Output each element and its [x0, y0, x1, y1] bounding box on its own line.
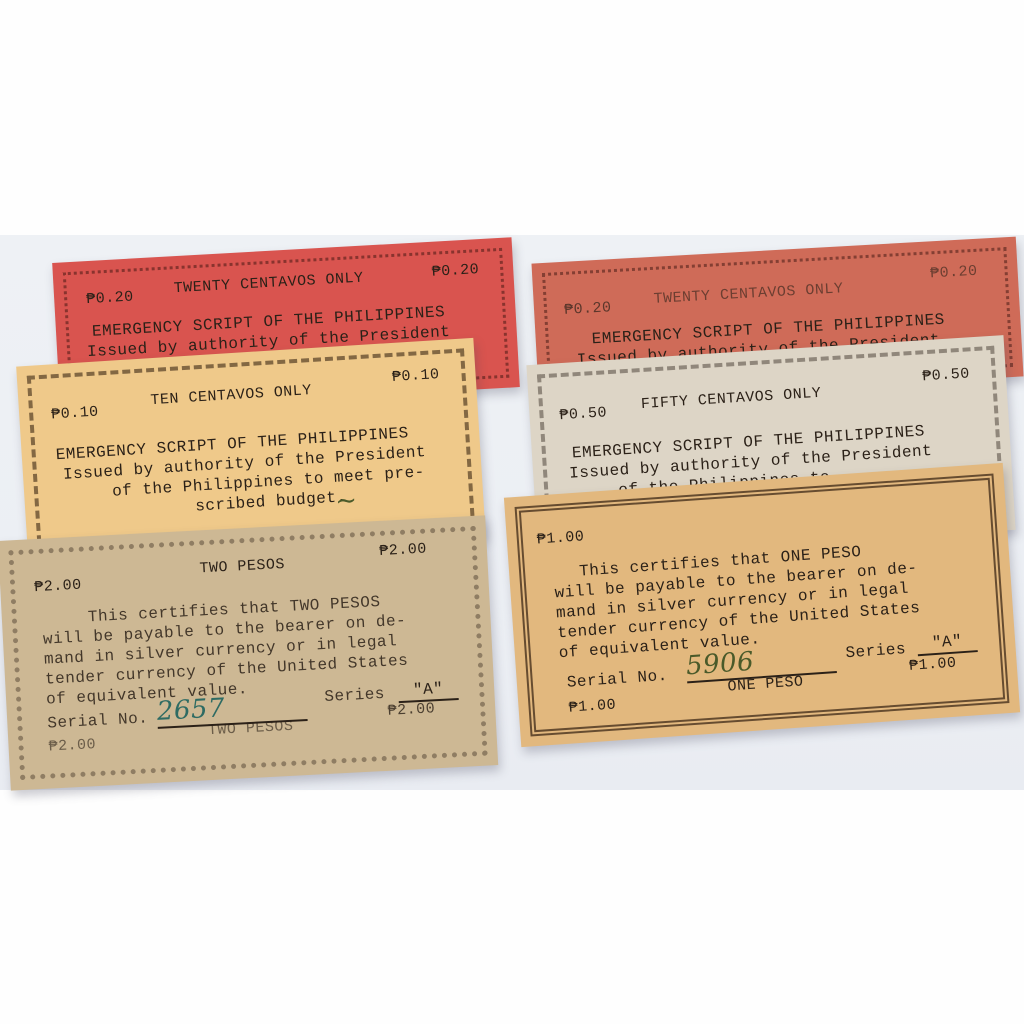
denom-top-right: ₱2.00 [379, 541, 427, 560]
series-value: "A" [398, 679, 459, 703]
denom-top-left: ₱0.20 [86, 288, 134, 308]
denom-top-left: ₱0.20 [564, 299, 612, 319]
denom-top-right: ₱0.10 [392, 366, 440, 386]
denom-bottom-left: ₱2.00 [48, 736, 96, 755]
denom-bottom-right: ₱2.00 [387, 700, 435, 719]
denom-top-left: ₱2.00 [34, 577, 82, 596]
denom-top-right: ₱0.50 [922, 365, 970, 385]
denom-top-left: ₱1.00 [536, 528, 585, 548]
denom-top-left: ₱0.50 [559, 404, 607, 424]
denom-top-right: ₱0.20 [431, 261, 479, 281]
denom-bottom-left: ₱1.00 [568, 696, 617, 716]
denom-top-left: ₱0.10 [51, 404, 99, 424]
denom-top-right: ₱0.20 [930, 263, 978, 283]
note-one-peso: ₱1.00 This certifies that ONE PESO will … [504, 463, 1020, 747]
note-two-pesos: ₱2.00 TWO PESOS ₱2.00 This certifies tha… [0, 515, 498, 790]
signature: ~ [334, 485, 358, 516]
series-label: Series [324, 685, 386, 707]
denom-bottom-right: ₱1.00 [909, 655, 958, 675]
series-value: "A" [916, 631, 977, 656]
